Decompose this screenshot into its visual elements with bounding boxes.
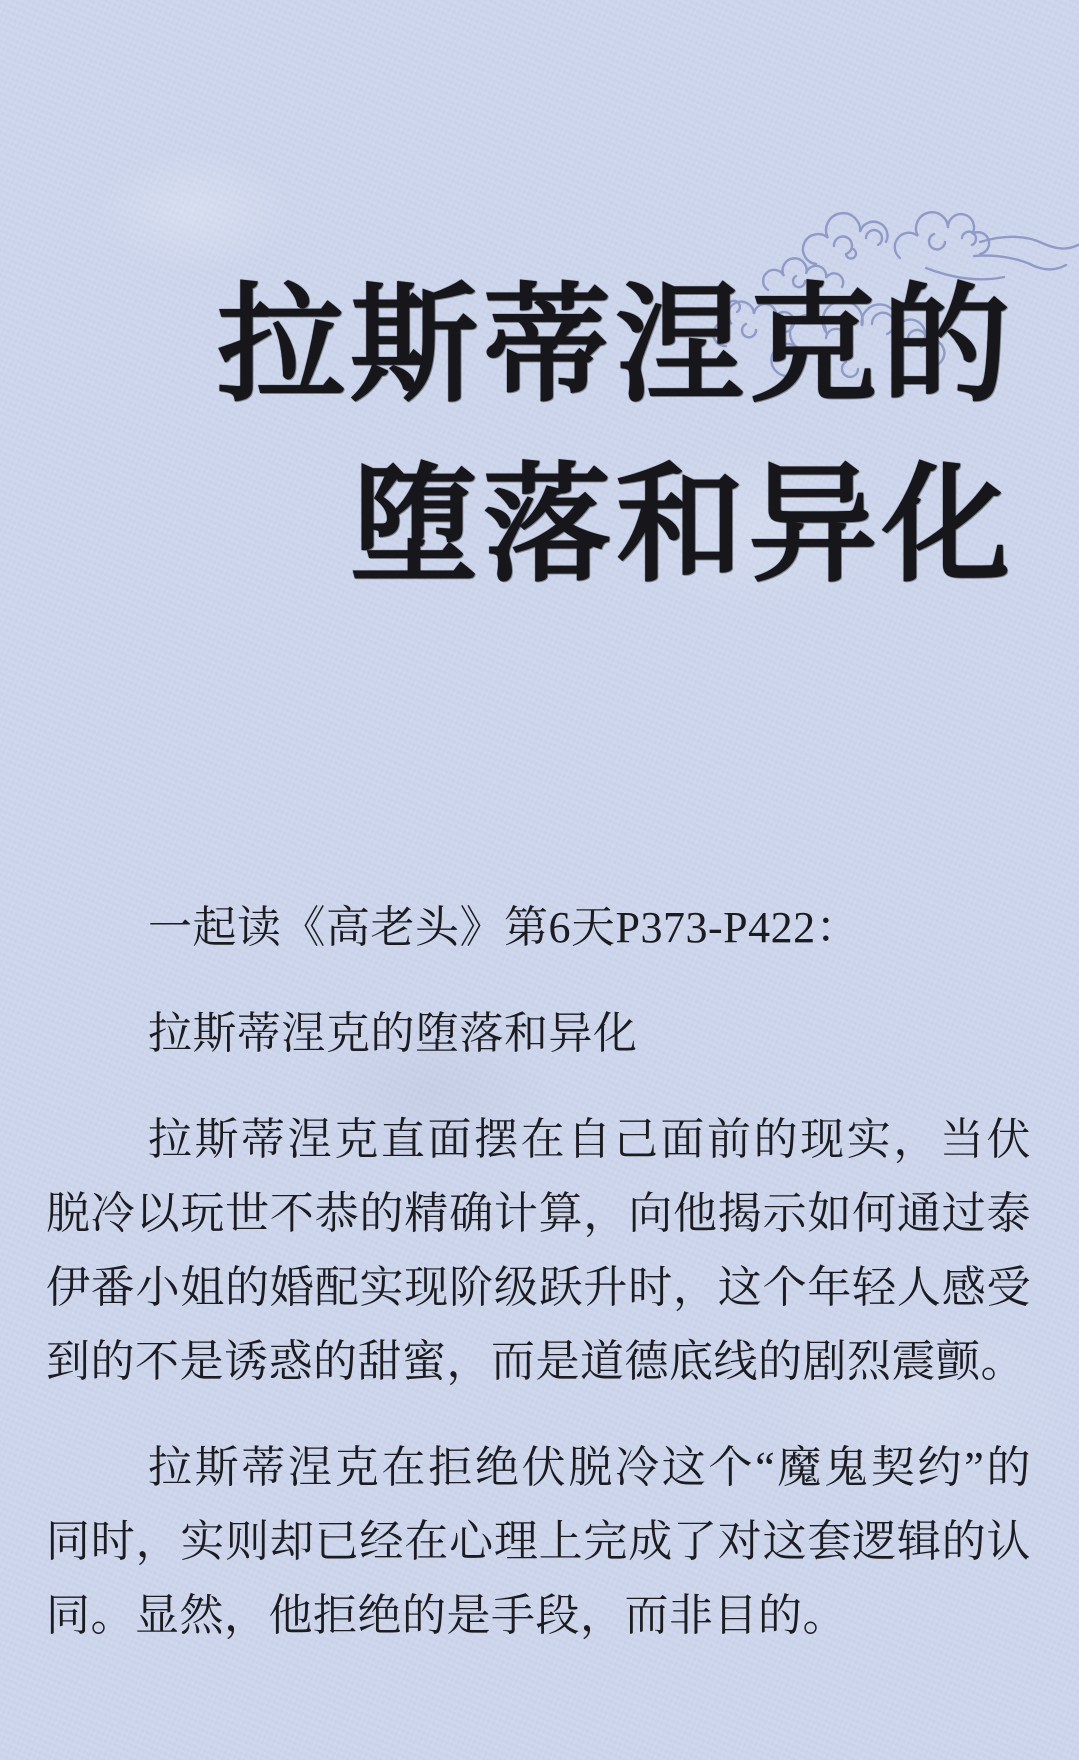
reading-progress-line: 一起读《高老头》第6天P373-P422： bbox=[46, 891, 1031, 965]
paragraph-devil-contract: 拉斯蒂涅克在拒绝伏脱冷这个“魔鬼契约”的同时，实则却已经在心理上完成了对这套逻辑… bbox=[46, 1431, 1031, 1653]
article-title: 拉斯蒂涅克的 堕落和异化 bbox=[217, 256, 1015, 616]
article-body: 一起读《高老头》第6天P373-P422： 拉斯蒂涅克的堕落和异化 拉斯蒂涅克直… bbox=[46, 891, 1031, 1685]
subtitle-line: 拉斯蒂涅克的堕落和异化 bbox=[46, 997, 1031, 1071]
paragraph-rastignac-reality: 拉斯蒂涅克直面摆在自己面前的现实，当伏脱冷以玩世不恭的精确计算，向他揭示如何通过… bbox=[46, 1103, 1031, 1399]
title-line-2: 堕落和异化 bbox=[217, 436, 1015, 616]
title-line-1: 拉斯蒂涅克的 bbox=[217, 256, 1015, 436]
document-page: 拉斯蒂涅克的 堕落和异化 一起读《高老头》第6天P373-P422： 拉斯蒂涅克… bbox=[0, 0, 1079, 1760]
